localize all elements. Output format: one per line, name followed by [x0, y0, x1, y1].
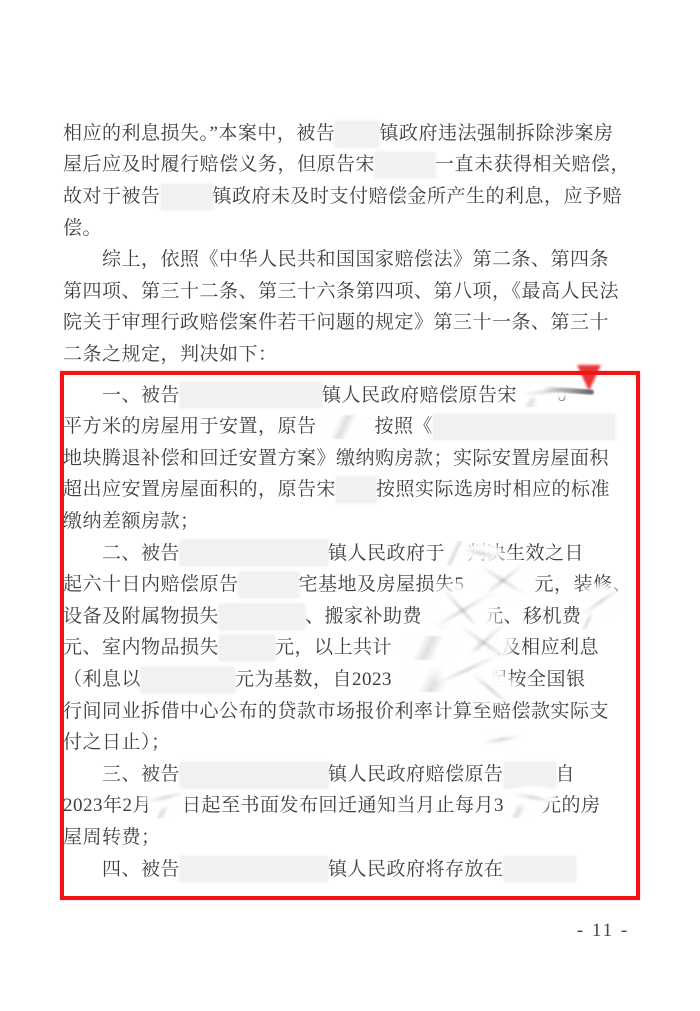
text-run: 屋后应及时履行赔偿义务，但原告宋	[63, 149, 375, 181]
text-line: 平方米的房屋用于安置，原告按照《	[63, 410, 641, 442]
text-run: 缴纳差额房款；	[63, 506, 200, 538]
text-run: 镇政府未及时支付赔偿金所产生的利息，应予赔	[213, 181, 623, 213]
text-run: 日起至书面发布回迁通知当月止每月3	[182, 790, 504, 822]
text-line: 二条之规定，判决如下：	[63, 338, 641, 370]
smudge-mark	[317, 415, 375, 439]
text-line: 相应的利息损失。”本案中，被告镇政府违法强制拆除涉案房	[63, 117, 641, 149]
red-arrow-down-icon	[577, 365, 601, 391]
text-line: 超出应安置房屋面积的，原告宋按照实际选房时相应的标准	[63, 474, 641, 506]
text-run: 超出应安置房屋面积的，原告宋	[63, 474, 336, 506]
text-run: 设备及附属物损失	[63, 601, 219, 633]
text-line: 偿。	[63, 212, 641, 244]
text-run: 元、室内物品损失	[63, 632, 219, 664]
text-run: 镇人民政府赔偿原告宋	[322, 380, 517, 412]
text-run: 镇人民政府将存放在	[328, 854, 504, 886]
smudge-mark	[575, 582, 627, 620]
text-run: 行间同业拆借中心公布的贷款市场报价利率计算至赔偿款实际支	[63, 696, 609, 728]
text-run: 元，以上共计	[275, 632, 392, 664]
redaction-mark	[219, 635, 275, 661]
text-run: 镇人民政府于	[328, 538, 445, 570]
text-run: （利息以	[63, 664, 141, 696]
text-line: 付之日止）；	[63, 726, 641, 758]
text-line: 第四项、第三十二条、第三十六条第四项、第八项，《最高人民法	[63, 275, 641, 307]
text-run: 四、被告	[102, 854, 180, 886]
text-run: 偿。	[63, 213, 102, 245]
text-line: 屋周转费；	[63, 821, 641, 853]
text-run: 付之日止）；	[63, 727, 171, 759]
scanned-judgment-page: 相应的利息损失。”本案中，被告镇政府违法强制拆除涉案房屋后应及时履行赔偿义务，但…	[0, 0, 700, 1011]
text-line: 屋后应及时履行赔偿义务，但原告宋一直未获得相关赔偿，	[63, 149, 641, 181]
text-run: 2023年2月	[63, 790, 152, 822]
redaction-mark	[336, 477, 376, 503]
text-run: 相应的利息损失。”本案中，被告	[63, 118, 335, 150]
text-line: 行间同业拆借中心公布的贷款市场报价利率计算至赔偿款实际支	[63, 695, 641, 727]
redaction-mark	[180, 856, 328, 882]
text-line: 二、被告镇人民政府于判决生效之日	[63, 537, 641, 569]
text-line: 起六十日内赔偿原告宅基地及房屋损失5元，装修、	[63, 568, 641, 600]
text-run: 按照实际选房时相应的标准	[376, 474, 610, 506]
text-run: 自	[556, 759, 576, 791]
redaction-mark	[219, 604, 305, 630]
text-run: 第四项、第三十二条、第三十六条第四项、第八项，《最高人民法	[63, 276, 619, 308]
text-run: 元为基数，自2023	[235, 664, 392, 696]
redaction-mark	[335, 121, 379, 147]
text-run: 起六十日内赔偿原告	[63, 569, 239, 601]
text-run: 一直未获得相关赔偿，	[435, 149, 630, 181]
redaction-mark	[180, 540, 328, 566]
text-line: 三、被告镇人民政府赔偿原告自	[63, 758, 641, 790]
text-line: 四、被告镇人民政府将存放在	[63, 853, 641, 885]
text-run: 地块腾退补偿和回迁安置方案》缴纳购房款；实际安置房屋面积	[63, 443, 609, 475]
redaction-mark	[180, 382, 322, 408]
page-number: - 11 -	[548, 920, 658, 942]
text-run: 镇政府违法强制拆除涉案房	[379, 118, 613, 150]
smudge-mark	[478, 726, 524, 750]
redaction-mark	[433, 414, 615, 440]
text-line: 故对于被告镇政府未及时支付赔偿金所产生的利息，应予赔	[63, 180, 641, 212]
text-run: 、搬家补助费	[305, 601, 422, 633]
text-run: 镇人民政府赔偿原告	[328, 759, 504, 791]
text-run: 按照《	[375, 411, 434, 443]
redaction-mark	[239, 572, 299, 598]
text-run: 故对于被告	[63, 181, 161, 213]
text-line: 院关于审理行政赔偿案件若干问题的规定》第三十一条、第三十	[63, 307, 641, 339]
text-line: 设备及附属物损失、搬家补助费元、移机费	[63, 600, 641, 632]
text-run: 二条之规定，判决如下：	[63, 339, 278, 371]
smudge-mark	[508, 784, 558, 810]
text-run: 平方米的房屋用于安置，原告	[63, 411, 317, 443]
text-line: 综上，依照《中华人民共和国国家赔偿法》第二条、第四条	[63, 243, 641, 275]
text-line: 元、室内物品损失元，以上共计4元及相应利息	[63, 632, 641, 664]
text-run: 二、被告	[102, 538, 180, 570]
redaction-mark	[504, 856, 576, 882]
redaction-mark	[161, 184, 213, 210]
redaction-mark	[180, 762, 328, 788]
text-run: 院关于审理行政赔偿案件若干问题的规定》第三十一条、第三十	[63, 307, 609, 339]
smudge-mark	[460, 672, 522, 706]
text-run: 一、被告	[102, 380, 180, 412]
text-run: 屋周转费；	[63, 822, 161, 854]
text-run: 综上，依照《中华人民共和国国家赔偿法》第二条、第四条	[102, 244, 609, 276]
smudge-mark	[142, 784, 188, 810]
text-line: （利息以元为基数，自2023起按全国银	[63, 663, 641, 695]
text-line: 缴纳差额房款；	[63, 505, 641, 537]
text-line: 地块腾退补偿和回迁安置方案》缴纳购房款；实际安置房屋面积	[63, 442, 641, 474]
document-text: 相应的利息损失。”本案中，被告镇政府违法强制拆除涉案房屋后应及时履行赔偿义务，但…	[63, 117, 641, 884]
redaction-mark	[141, 667, 235, 693]
redaction-mark	[375, 152, 435, 178]
